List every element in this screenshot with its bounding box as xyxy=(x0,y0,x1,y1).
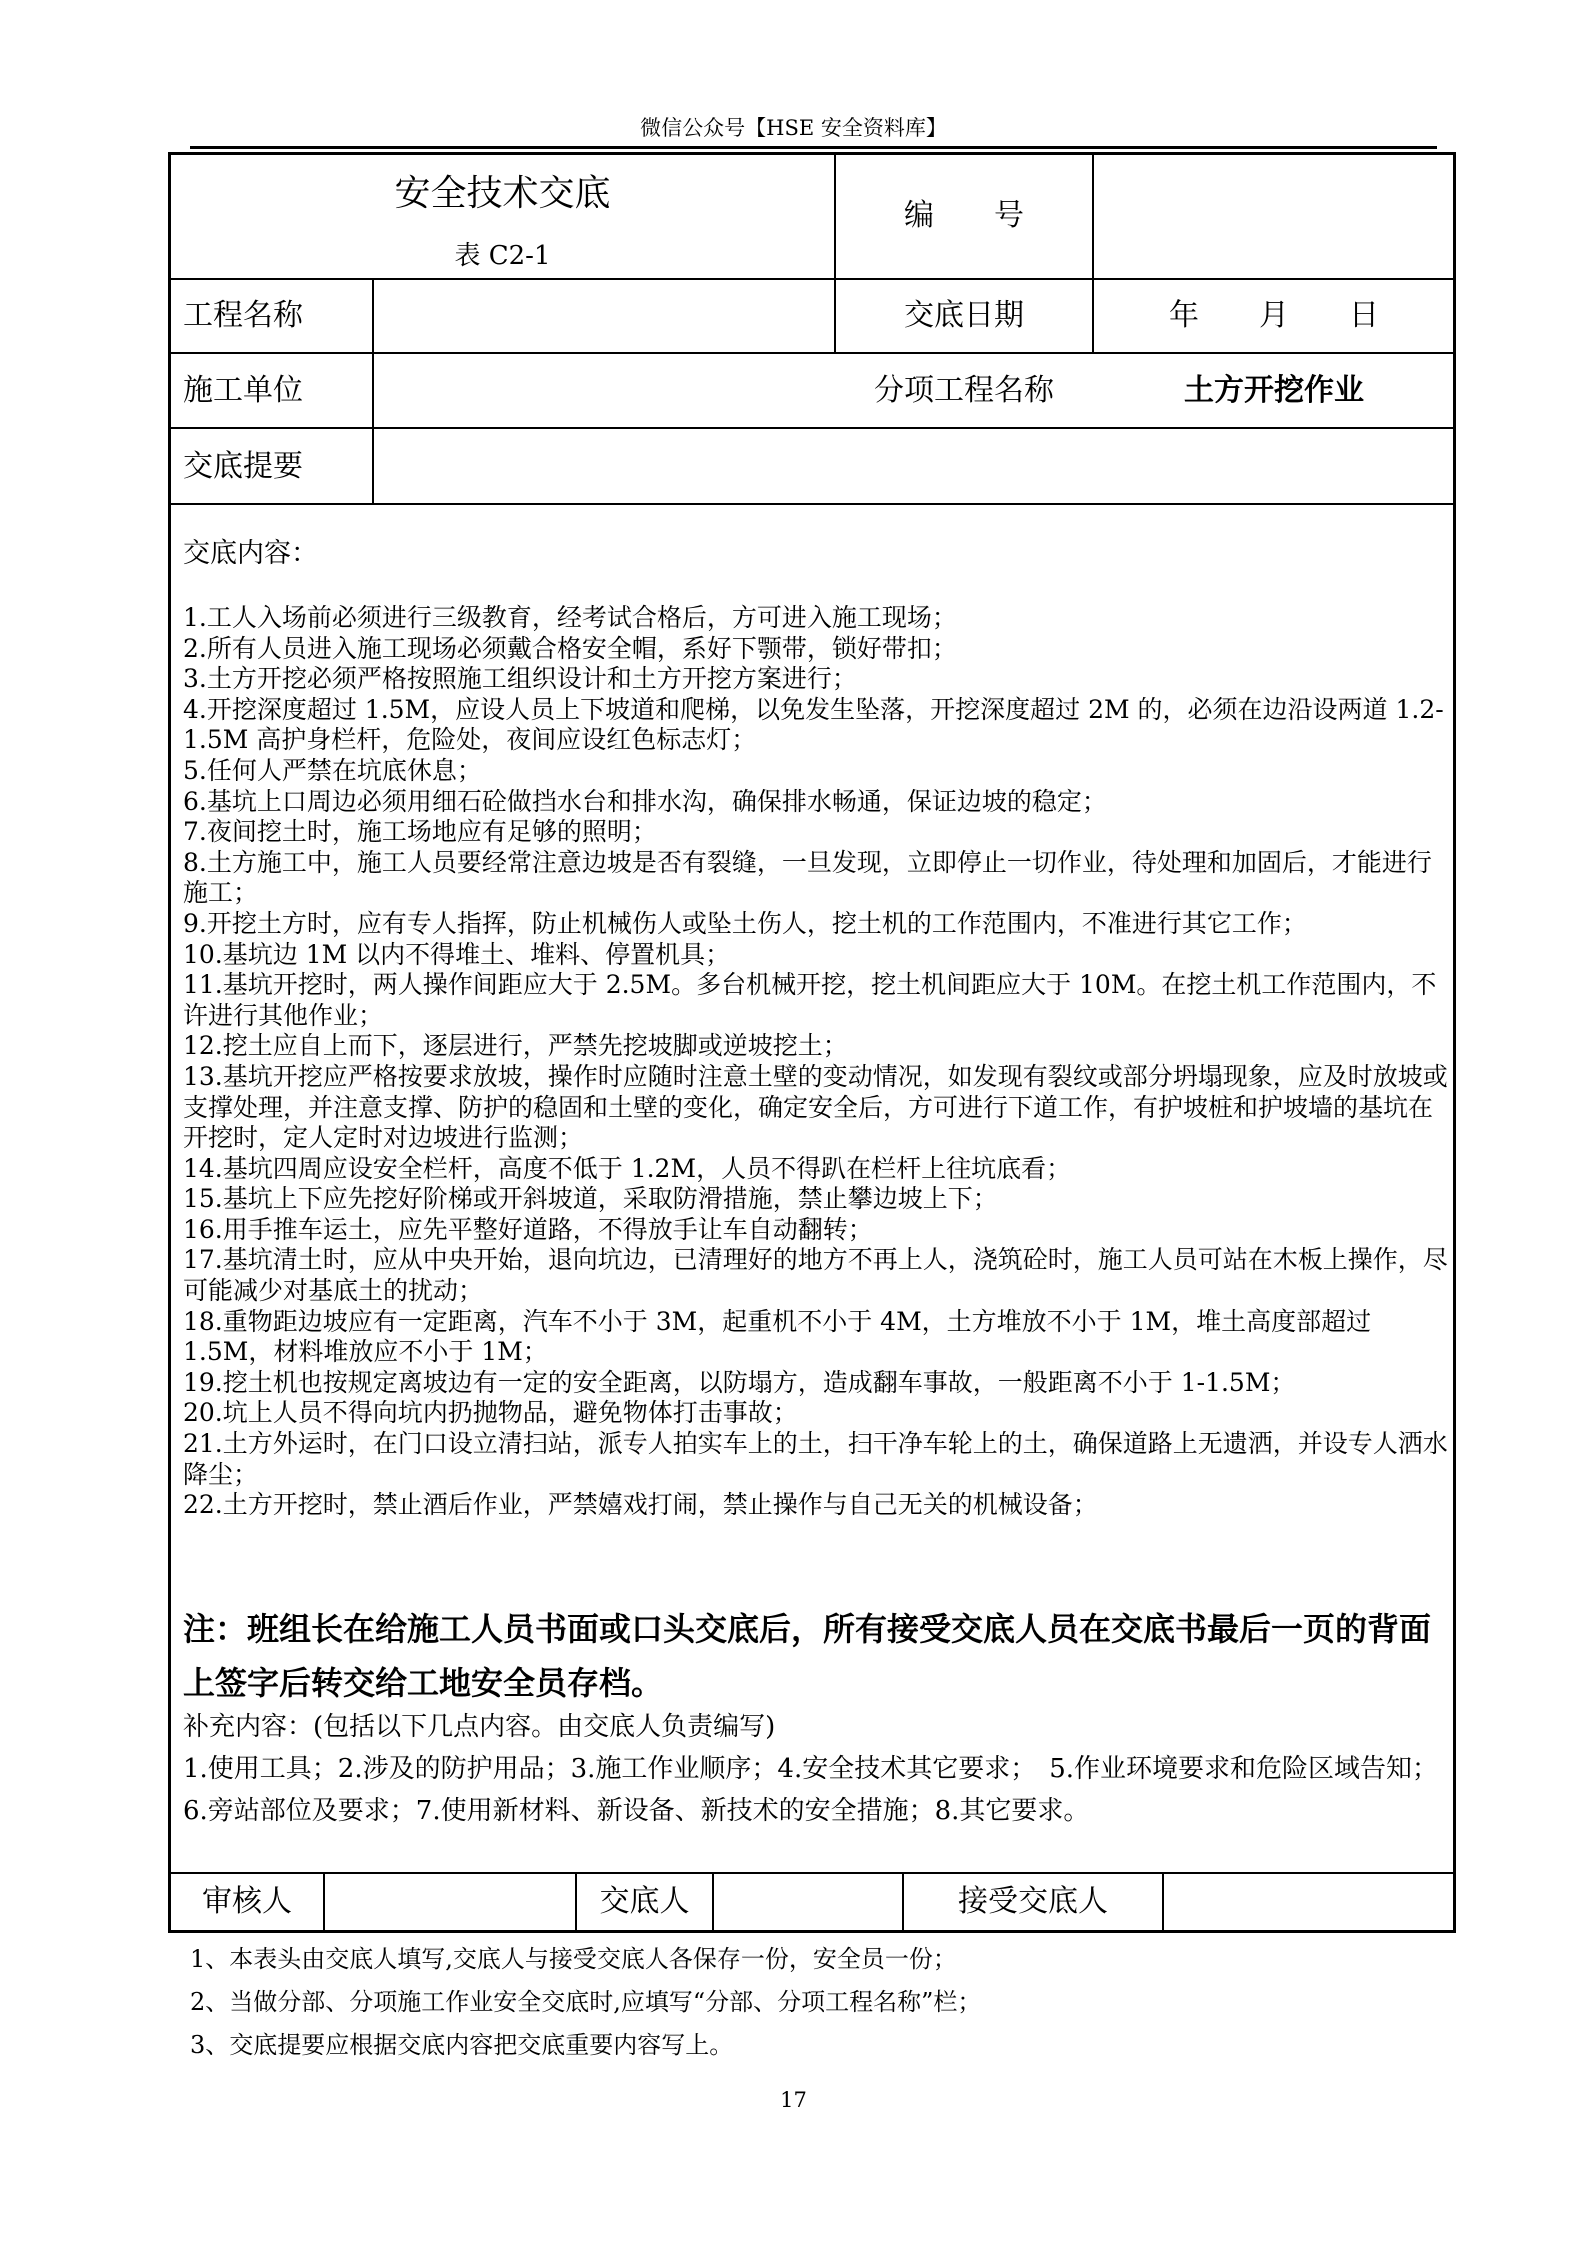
content-item: 18.重物距边坡应有一定距离，汽车不小于 3M，起重机不小于 4M，土方堆放不小… xyxy=(183,1307,1448,1368)
content-item: 10.基坑边 1M 以内不得堆土、堆料、停置机具； xyxy=(183,940,1448,971)
content-item: 15.基坑上下应先挖好阶梯或开斜坡道，采取防滑措施，禁止攀边坡上下； xyxy=(183,1184,1448,1215)
content-item: 12.挖土应自上而下，逐层进行，严禁先挖坡脚或逆坡挖土； xyxy=(183,1031,1448,1062)
col-divider xyxy=(712,1872,714,1933)
content-item: 2.所有人员进入施工现场必须戴合格安全帽，系好下颚带，锁好带扣； xyxy=(183,634,1448,665)
row-divider xyxy=(168,278,1456,280)
content-item: 22.土方开挖时，禁止酒后作业，严禁嬉戏打闹，禁止操作与自己无关的机械设备； xyxy=(183,1490,1448,1521)
row-divider xyxy=(168,352,1456,354)
project-name-field[interactable] xyxy=(380,301,830,333)
form-title: 安全技术交底 xyxy=(171,176,834,212)
col-divider xyxy=(1162,1872,1164,1933)
project-name-label: 工程名称 xyxy=(183,301,303,331)
page-header: 微信公众号【HSE 安全资料库】 xyxy=(0,112,1587,142)
summary-label: 交底提要 xyxy=(183,452,303,482)
footnote: 1、本表头由交底人填写,交底人与接受交底人各保存一份，安全员一份； xyxy=(190,1947,957,1971)
content-item: 14.基坑四周应设安全栏杆，高度不低于 1.2M，人员不得趴在栏杆上往坑底看； xyxy=(183,1154,1448,1185)
footnote: 3、交底提要应根据交底内容把交底重要内容写上。 xyxy=(190,2033,733,2057)
row-divider xyxy=(168,503,1456,505)
content-item: 1.工人入场前必须进行三级教育，经考试合格后，方可进入施工现场； xyxy=(183,603,1448,634)
content-item: 5.任何人严禁在坑底休息； xyxy=(183,756,1448,787)
content-item: 17.基坑清土时，应从中央开始，退向坑边，已清理好的地方不再上人，浇筑砼时，施工… xyxy=(183,1245,1448,1306)
receiver-label: 接受交底人 xyxy=(904,1887,1162,1917)
content-item: 21.土方外运时，在门口设立清扫站，派专人拍实车上的土，扫干净车轮上的土，确保道… xyxy=(183,1429,1448,1490)
contractor-label: 施工单位 xyxy=(183,376,303,406)
col-divider xyxy=(323,1872,325,1933)
footnote: 2、当做分部、分项施工作业安全交底时,应填写“分部、分项工程名称”栏； xyxy=(190,1990,981,2014)
content-item: 11.基坑开挖时，两人操作间距应大于 2.5M。多台机械开挖，挖土机间距应大于 … xyxy=(183,970,1448,1031)
content-item: 20.坑上人员不得向坑内扔抛物品，避免物体打击事故； xyxy=(183,1398,1448,1429)
content-item: 6.基坑上口周边必须用细石砼做挡水台和排水沟，确保排水畅通，保证边坡的稳定； xyxy=(183,787,1448,818)
supplement-items: 1.使用工具；2.涉及的防护用品；3.施工作业顺序；4.安全技术其它要求； 5.… xyxy=(183,1748,1448,1832)
discloser-label: 交底人 xyxy=(577,1887,712,1917)
content-item: 13.基坑开挖应严格按要求放坡，操作时应随时注意土壁的变动情况，如发现有裂纹或部… xyxy=(183,1062,1448,1154)
content-item: 3.土方开挖必须严格按照施工组织设计和土方开挖方案进行； xyxy=(183,664,1448,695)
summary-field[interactable] xyxy=(380,452,1450,484)
reviewer-label: 审核人 xyxy=(171,1887,323,1917)
row-divider xyxy=(168,1872,1456,1874)
discloser-field[interactable] xyxy=(716,1887,900,1919)
subproject-label: 分项工程名称 xyxy=(836,376,1092,406)
header-divider xyxy=(190,146,1437,149)
subproject-field[interactable]: 土方开挖作业 xyxy=(1094,376,1454,406)
form-code: 表 C2-1 xyxy=(171,243,834,269)
signature-note: 注：班组长在给施工人员书面或口头交底后，所有接受交底人员在交底书最后一页的背面上… xyxy=(183,1602,1448,1710)
supplement-heading: 补充内容：(包括以下几点内容。由交底人负责编写) xyxy=(183,1707,1448,1747)
content-item: 16.用手推车运土，应先平整好道路，不得放手让车自动翻转； xyxy=(183,1215,1448,1246)
reviewer-field[interactable] xyxy=(327,1887,573,1919)
receiver-field[interactable] xyxy=(1166,1887,1452,1919)
row-divider xyxy=(168,427,1456,429)
content-item: 9.开挖土方时，应有专人指挥，防止机械伤人或坠土伤人，挖土机的工作范围内，不准进… xyxy=(183,909,1448,940)
number-label: 编 号 xyxy=(836,201,1092,231)
content-heading: 交底内容： xyxy=(183,540,318,567)
content-list: 1.工人入场前必须进行三级教育，经考试合格后，方可进入施工现场； 2.所有人员进… xyxy=(183,603,1448,1521)
date-label: 交底日期 xyxy=(836,301,1092,331)
content-item: 7.夜间挖土时，施工场地应有足够的照明； xyxy=(183,817,1448,848)
date-field[interactable]: 年 月 日 xyxy=(1094,301,1454,331)
col-divider xyxy=(372,278,374,503)
content-item: 19.挖土机也按规定离坡边有一定的安全距离，以防塌方，造成翻车事故，一般距离不小… xyxy=(183,1368,1448,1399)
content-item: 4.开挖深度超过 1.5M，应设人员上下坡道和爬梯，以免发生坠落，开挖深度超过 … xyxy=(183,695,1448,756)
page-number: 17 xyxy=(0,2088,1587,2112)
contractor-field[interactable] xyxy=(380,376,830,408)
content-item: 8.土方施工中，施工人员要经常注意边坡是否有裂缝，一旦发现，立即停止一切作业，待… xyxy=(183,848,1448,909)
